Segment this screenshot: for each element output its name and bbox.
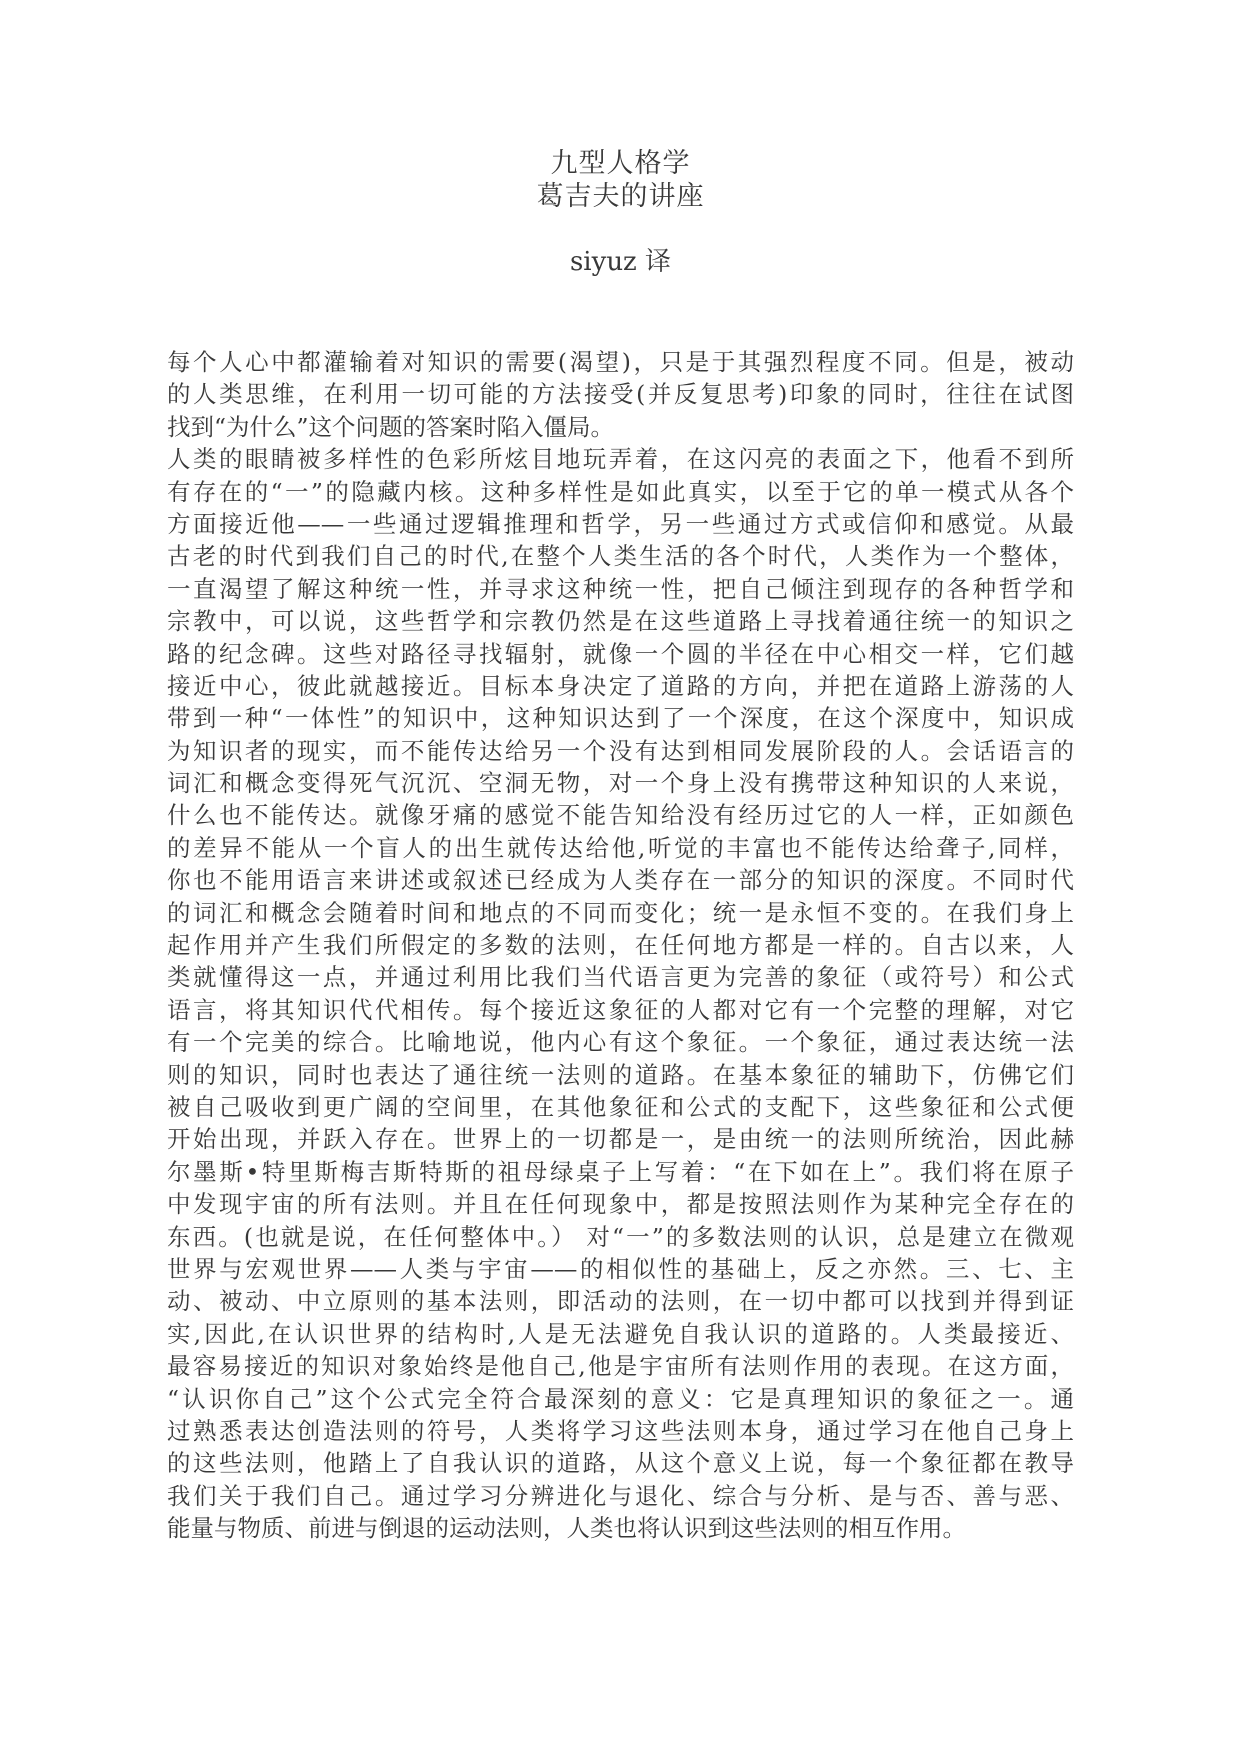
text-line: 什么也不能传达。就像牙痛的感觉不能告知给没有经历过它的人一样，正如颜色 xyxy=(167,799,1074,831)
text-line: 路的纪念碑。这些对路径寻找辐射，就像一个圆的半径在中心相交一样，它们越 xyxy=(167,638,1074,670)
text-line: 方面接近他——一些通过逻辑推理和哲学，另一些通过方式或信仰和感觉。从最 xyxy=(167,508,1074,540)
text-line: 过熟悉表达创造法则的符号，人类将学习这些法则本身，通过学习在他自己身上 xyxy=(167,1415,1074,1447)
text-line: 尔墨斯•特里斯梅吉斯特斯的祖母绿桌子上写着：“在下如在上”。我们将在原子 xyxy=(167,1156,1074,1188)
text-line: 我们关于我们自己。通过学习分辨进化与退化、综合与分析、是与否、善与恶、 xyxy=(167,1480,1074,1512)
text-line: 找到“为什么”这个问题的答案时陷入僵局。 xyxy=(167,411,1074,443)
text-line: 东西。(也就是说，在任何整体中。） 对“一”的多数法则的认识，总是建立在微观 xyxy=(167,1221,1074,1253)
paragraph: 每个人心中都灌输着对知识的需要(渴望)，只是于其强烈程度不同。但是，被动的人类思… xyxy=(167,346,1074,443)
text-line: 的差异不能从一个盲人的出生就传达给他,听觉的丰富也不能传达给聋子,同样， xyxy=(167,832,1074,864)
text-line: 类就懂得这一点，并通过利用比我们当代语言更为完善的象征（或符号）和公式 xyxy=(167,961,1074,993)
text-line: 古老的时代到我们自己的时代,在整个人类生活的各个时代，人类作为一个整体， xyxy=(167,540,1074,572)
text-line: 有一个完美的综合。比喻地说，他内心有这个象征。一个象征，通过表达统一法 xyxy=(167,1026,1074,1058)
text-line: 世界与宏观世界——人类与宇宙——的相似性的基础上，反之亦然。三、七、主 xyxy=(167,1253,1074,1285)
text-line: 能量与物质、前进与倒退的运动法则，人类也将认识到这些法则的相互作用。 xyxy=(167,1512,1074,1544)
text-line: 动、被动、中立原则的基本法则，即活动的法则，在一切中都可以找到并得到证 xyxy=(167,1285,1074,1317)
text-line: 则的知识，同时也表达了通往统一法则的道路。在基本象征的辅助下，仿佛它们 xyxy=(167,1059,1074,1091)
text-line: 起作用并产生我们所假定的多数的法则，在任何地方都是一样的。自古以来，人 xyxy=(167,929,1074,961)
document-title: 九型人格学 xyxy=(0,147,1241,180)
text-line: 最容易接近的知识对象始终是他自己,他是宇宙所有法则作用的表现。在这方面， xyxy=(167,1350,1074,1382)
document-subtitle: 葛吉夫的讲座 xyxy=(0,180,1241,213)
text-line: 的这些法则，他踏上了自我认识的道路，从这个意义上说，每一个象征都在教导 xyxy=(167,1447,1074,1479)
text-line: 一直渴望了解这种统一性，并寻求这种统一性，把自己倾注到现存的各种哲学和 xyxy=(167,573,1074,605)
text-line: 带到一种“一体性”的知识中，这种知识达到了一个深度，在这个深度中，知识成 xyxy=(167,702,1074,734)
text-line: “认识你自己”这个公式完全符合最深刻的意义：它是真理知识的象征之一。通 xyxy=(167,1383,1074,1415)
text-line: 有存在的“一”的隐藏内核。这种多样性是如此真实，以至于它的单一模式从各个 xyxy=(167,476,1074,508)
document-page: 九型人格学 葛吉夫的讲座 siyuz 译 每个人心中都灌输着对知识的需要(渴望)… xyxy=(0,0,1241,1755)
text-line: 词汇和概念变得死气沉沉、空洞无物，对一个身上没有携带这种知识的人来说， xyxy=(167,767,1074,799)
text-line: 的人类思维，在利用一切可能的方法接受(并反复思考)印象的同时，往往在试图 xyxy=(167,378,1074,410)
text-line: 被自己吸收到更广阔的空间里，在其他象征和公式的支配下，这些象征和公式便 xyxy=(167,1091,1074,1123)
text-line: 你也不能用语言来讲述或叙述已经成为人类存在一部分的知识的深度。不同时代 xyxy=(167,864,1074,896)
text-line: 的词汇和概念会随着时间和地点的不同而变化；统一是永恒不变的。在我们身上 xyxy=(167,897,1074,929)
translator-credit: siyuz 译 xyxy=(0,246,1241,278)
text-line: 人类的眼睛被多样性的色彩所炫目地玩弄着，在这闪亮的表面之下，他看不到所 xyxy=(167,443,1074,475)
text-line: 为知识者的现实，而不能传达给另一个没有达到相同发展阶段的人。会话语言的 xyxy=(167,735,1074,767)
text-line: 中发现宇宙的所有法则。并且在任何现象中，都是按照法则作为某种完全存在的 xyxy=(167,1188,1074,1220)
text-line: 宗教中，可以说，这些哲学和宗教仍然是在这些道路上寻找着通往统一的知识之 xyxy=(167,605,1074,637)
text-line: 接近中心，彼此就越接近。目标本身决定了道路的方向，并把在道路上游荡的人 xyxy=(167,670,1074,702)
document-body: 每个人心中都灌输着对知识的需要(渴望)，只是于其强烈程度不同。但是，被动的人类思… xyxy=(167,346,1074,1544)
text-line: 语言，将其知识代代相传。每个接近这象征的人都对它有一个完整的理解，对它 xyxy=(167,994,1074,1026)
text-line: 每个人心中都灌输着对知识的需要(渴望)，只是于其强烈程度不同。但是，被动 xyxy=(167,346,1074,378)
paragraph: 人类的眼睛被多样性的色彩所炫目地玩弄着，在这闪亮的表面之下，他看不到所有存在的“… xyxy=(167,443,1074,1544)
text-line: 开始出现，并跃入存在。世界上的一切都是一，是由统一的法则所统治，因此赫 xyxy=(167,1123,1074,1155)
text-line: 实,因此,在认识世界的结构时,人是无法避免自我认识的道路的。人类最接近、 xyxy=(167,1318,1074,1350)
